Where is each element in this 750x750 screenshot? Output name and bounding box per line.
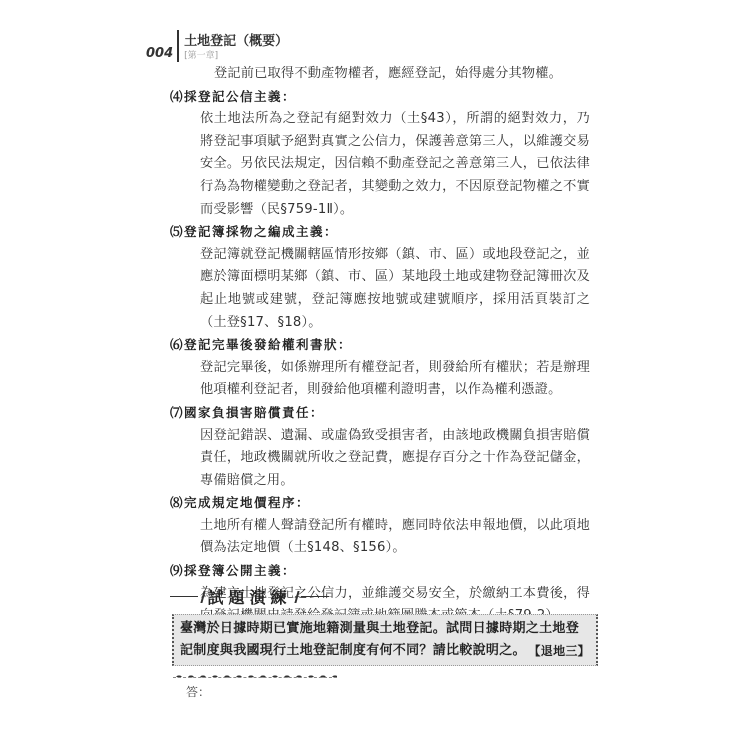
heading-tick-right xyxy=(294,591,299,603)
section-label: ⑹登記完畢後發給權利書狀： xyxy=(170,334,590,357)
body-content: 登記前已取得不動產物權者，應經登記，始得處分其物權。 ⑷採登記公信主義： 依土地… xyxy=(170,63,590,628)
chapter-subtitle: [第一章] xyxy=(184,50,288,62)
section-paragraph: 因登記錯誤、遺漏、或虛偽致受損害者，由該地政機關負損害賠償責任，地政機關就所收之… xyxy=(170,425,590,493)
section-label: ⑷採登記公信主義： xyxy=(170,86,590,109)
section-label: ⑼採登簿公開主義： xyxy=(170,560,590,583)
section-label: ⑸登記簿採物之編成主義： xyxy=(170,221,590,244)
question-body: 臺灣於日據時期已實施地籍測量與土地登記。試問日據時期之土地登記制度與我國現行土地… xyxy=(180,621,579,658)
intro-paragraph: 登記前已取得不動產物權者，應經登記，始得處分其物權。 xyxy=(170,63,590,86)
section-paragraph: 登記完畢後，如係辦理所有權登記者，則發給所有權狀；若是辦理他項權利登記者，則發給… xyxy=(170,357,590,402)
heading-rule-right xyxy=(301,596,329,598)
exercise-heading: 試題演練 xyxy=(170,585,329,608)
page-number: 004 xyxy=(146,47,173,62)
question-text: 臺灣於日據時期已實施地籍測量與土地登記。試問日據時期之土地登記制度與我國現行土地… xyxy=(180,618,590,662)
question-source: 【退地三】 xyxy=(528,640,590,662)
section-label: ⑻完成規定地價程序： xyxy=(170,492,590,515)
section-paragraph: 依土地法所為之登記有絕對效力（土§43），所謂的絕對效力，乃將登記事項賦予絕對真… xyxy=(170,108,590,221)
decorative-divider xyxy=(173,675,337,678)
heading-rule-left xyxy=(170,596,198,598)
header-titles: 土地登記（概要） [第一章] xyxy=(184,33,288,62)
heading-tick-left xyxy=(200,591,205,603)
section-paragraph: 登記簿就登記機關轄區情形按鄉（鎮、市、區）或地段登記之，並應於簿面標明某鄉（鎮、… xyxy=(170,244,590,334)
page-header: 004 土地登記（概要） [第一章] xyxy=(146,28,288,62)
section-paragraph: 土地所有權人聲請登記所有權時，應同時依法申報地價，以此項地價為法定地價（土§14… xyxy=(170,515,590,560)
exercise-title: 試題演練 xyxy=(208,585,292,608)
chapter-title: 土地登記（概要） xyxy=(184,33,288,50)
document-page: 004 土地登記（概要） [第一章] 登記前已取得不動產物權者，應經登記，始得處… xyxy=(0,0,750,750)
header-divider xyxy=(177,30,179,62)
section-label: ⑺國家負損害賠償責任： xyxy=(170,402,590,425)
question-box: 臺灣於日據時期已實施地籍測量與土地登記。試問日據時期之土地登記制度與我國現行土地… xyxy=(172,614,598,666)
answer-label: 答： xyxy=(186,683,210,700)
